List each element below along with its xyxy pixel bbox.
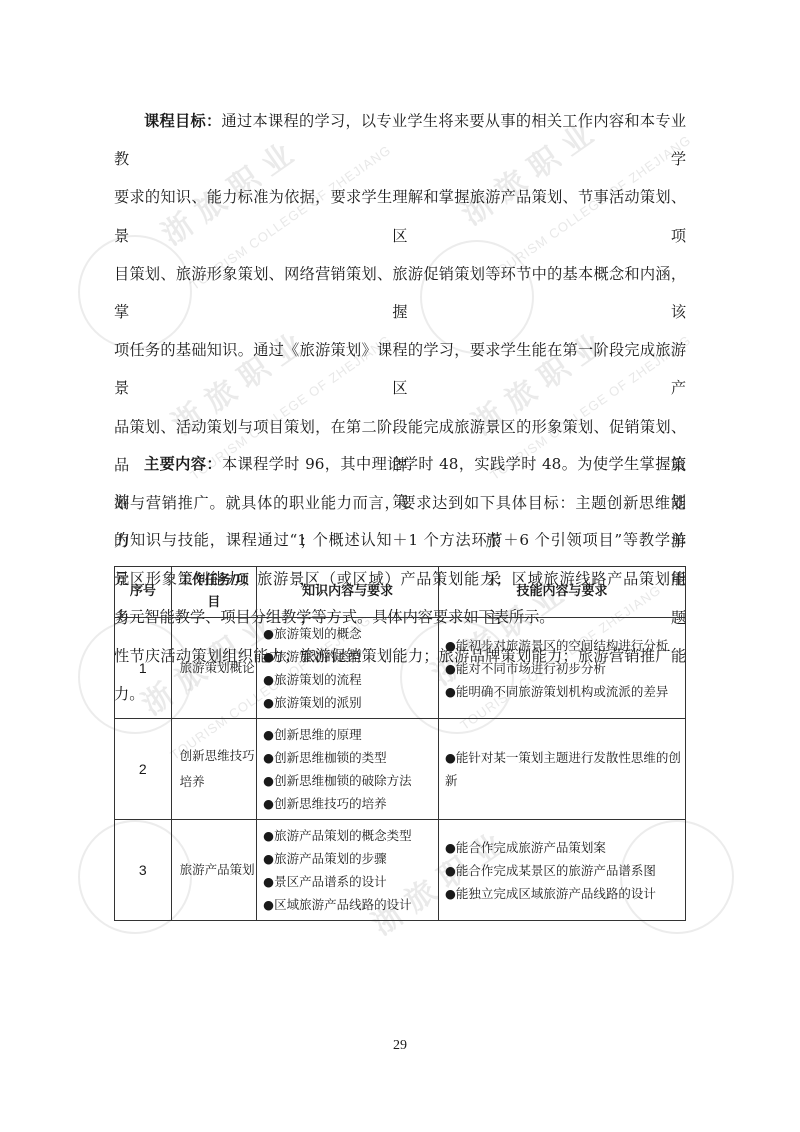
list-item: ●旅游产品策划的概念类型 bbox=[263, 824, 434, 847]
list-item: ●创新思维的原理 bbox=[263, 723, 434, 746]
list-item: ●旅游策划的流程 bbox=[263, 668, 434, 691]
cell-knowledge: ●旅游产品策划的概念类型 ●旅游产品策划的步骤 ●景区产品谱系的设计 ●区域旅游… bbox=[257, 820, 439, 921]
list-item: ●旅游产品策划的步骤 bbox=[263, 847, 434, 870]
list-item: ●能对不同市场进行初步分析 bbox=[445, 657, 681, 680]
text-line: 要求的知识、能力标准为依据，要求学生理解和掌握旅游产品策划、节事活动策划、景区项 bbox=[114, 178, 686, 254]
list-item: ●能合作完成旅游产品策划案 bbox=[445, 836, 681, 859]
table-row: 2 创新思维技巧培养 ●创新思维的原理 ●创新思维枷锁的类型 ●创新思维枷锁的破… bbox=[115, 719, 686, 820]
header-knowledge: 知识内容与要求 bbox=[257, 567, 439, 618]
course-goal-label: 课程目标： bbox=[144, 112, 221, 130]
cell-seq: 1 bbox=[115, 618, 172, 719]
list-item: ●创新思维枷锁的破除方法 bbox=[263, 769, 434, 792]
list-item: ●旅游策划的类型 bbox=[263, 645, 434, 668]
list-item: ●创新思维技巧的培养 bbox=[263, 792, 434, 815]
cell-seq: 3 bbox=[115, 820, 172, 921]
cell-skills: ●能针对某一策划主题进行发散性思维的创 新 bbox=[438, 719, 685, 820]
cell-knowledge: ●旅游策划的概念 ●旅游策划的类型 ●旅游策划的流程 ●旅游策划的派别 bbox=[257, 618, 439, 719]
course-content-table: 序号 工作任务/项目 知识内容与要求 技能内容与要求 1 旅游策划概论 ●旅游策… bbox=[114, 566, 686, 921]
cell-task: 旅游策划概论 bbox=[171, 618, 257, 719]
list-item: ●能独立完成区域旅游产品线路的设计 bbox=[445, 882, 681, 905]
text-line: 项任务的基础知识。通过《旅游策划》课程的学习，要求学生能在第一阶段完成旅游景区产 bbox=[114, 331, 686, 407]
list-item: ●旅游策划的概念 bbox=[263, 622, 434, 645]
cell-task: 旅游产品策划 bbox=[171, 820, 257, 921]
list-item: ●区域旅游产品线路的设计 bbox=[263, 893, 434, 916]
text-line: 目策划、旅游形象策划、网络营销策划、旅游促销策划等环节中的基本概念和内涵，掌握该 bbox=[114, 255, 686, 331]
list-item: ●景区产品谱系的设计 bbox=[263, 870, 434, 893]
table-row: 3 旅游产品策划 ●旅游产品策划的概念类型 ●旅游产品策划的步骤 ●景区产品谱系… bbox=[115, 820, 686, 921]
header-skills: 技能内容与要求 bbox=[438, 567, 685, 618]
list-item: ●能针对某一策划主题进行发散性思维的创 bbox=[445, 746, 681, 769]
main-content-label: 主要内容： bbox=[144, 455, 222, 473]
list-item: ●创新思维枷锁的类型 bbox=[263, 746, 434, 769]
header-seq: 序号 bbox=[115, 567, 172, 618]
table-row: 1 旅游策划概论 ●旅游策划的概念 ●旅游策划的类型 ●旅游策划的流程 ●旅游策… bbox=[115, 618, 686, 719]
cell-task: 创新思维技巧培养 bbox=[171, 719, 257, 820]
cell-skills: ●能初步对旅游景区的空间结构进行分析 ●能对不同市场进行初步分析 ●能明确不同旅… bbox=[438, 618, 685, 719]
page-number: 29 bbox=[0, 1038, 800, 1054]
cell-knowledge: ●创新思维的原理 ●创新思维枷锁的类型 ●创新思维枷锁的破除方法 ●创新思维技巧… bbox=[257, 719, 439, 820]
list-item: 新 bbox=[445, 769, 681, 792]
list-item: ●能明确不同旅游策划机构或流派的差异 bbox=[445, 680, 681, 703]
cell-seq: 2 bbox=[115, 719, 172, 820]
cell-skills: ●能合作完成旅游产品策划案 ●能合作完成某景区的旅游产品谱系图 ●能独立完成区域… bbox=[438, 820, 685, 921]
list-item: ●旅游策划的派别 bbox=[263, 691, 434, 714]
header-task: 工作任务/项目 bbox=[171, 567, 257, 618]
list-item: ●能合作完成某景区的旅游产品谱系图 bbox=[445, 859, 681, 882]
table-header-row: 序号 工作任务/项目 知识内容与要求 技能内容与要求 bbox=[115, 567, 686, 618]
list-item: ●能初步对旅游景区的空间结构进行分析 bbox=[445, 634, 681, 657]
